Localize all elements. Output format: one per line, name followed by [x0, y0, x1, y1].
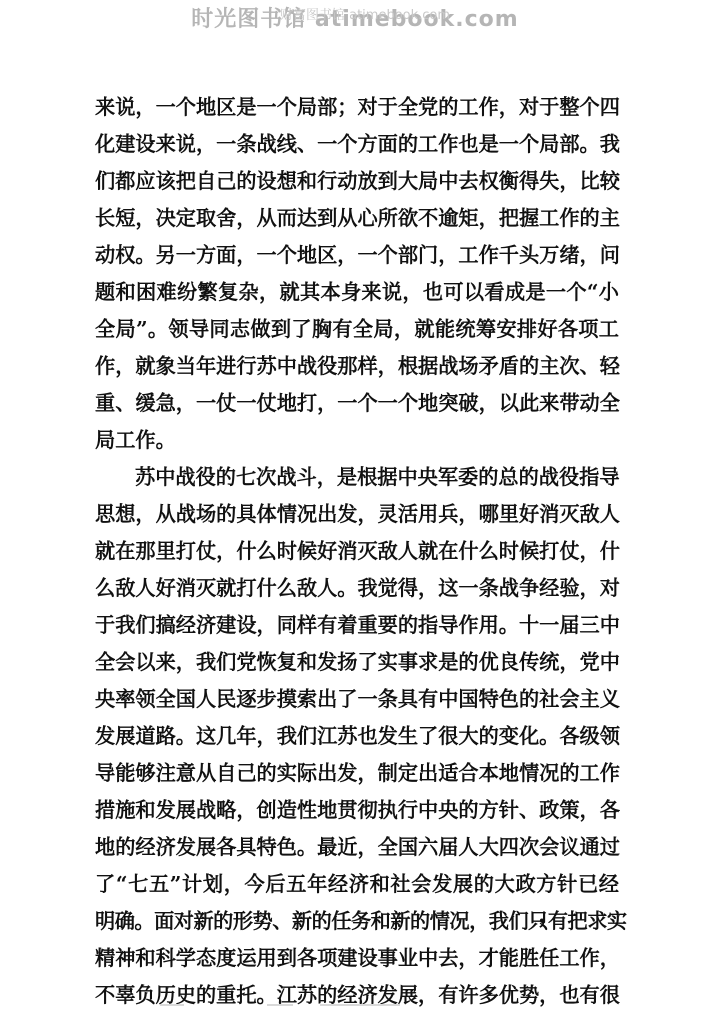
page-body: 来说，一个地区是一个局部；对于全党的工作，对于整个四 化建设来说，一条战线、一个… [95, 89, 619, 1014]
text-line: 发展道路。这几年，我们江苏也发生了很大的变化。各级领 [95, 718, 619, 755]
text-line: 于我们搞经济建设，同样有着重要的指导作用。十一届三中 [95, 607, 619, 644]
paragraph: 苏中战役的七次战斗，是根据中央军委的总的战役指导 思想，从战场的具体情况出发，灵… [95, 459, 619, 1014]
text-line: 思想，从战场的具体情况出发，灵活用兵，哪里好消灭敌人 [95, 496, 619, 533]
text-line: 精神和科学态度运用到各项建设事业中去，才能胜任工作， [95, 940, 619, 977]
text-line: 苏中战役的七次战斗，是根据中央军委的总的战役指导 [95, 459, 619, 496]
page-continuation-mark: ， [538, 893, 564, 930]
watermark-overlay: 财富图书馆 atimebook.com [0, 4, 710, 23]
text-line: 地的经济发展各具特色。最近，全国六届人大四次会议通过 [95, 829, 619, 866]
text-line: 来说，一个地区是一个局部；对于全党的工作，对于整个四 [95, 89, 619, 126]
text-line: 题和困难纷繁复杂，就其本身来说，也可以看成是一个“小 [95, 274, 619, 311]
text-line: 全会以来，我们党恢复和发扬了实事求是的优良传统，党中 [95, 644, 619, 681]
text-line: 措施和发展战略，创造性地贯彻执行中央的方针、政策，各 [95, 792, 619, 829]
scan-artifact [320, 1004, 400, 1006]
text-line: 不辜负历史的重托。江苏的经济发展，有许多优势，也有很 [95, 977, 619, 1014]
text-line: 重、缓急，一仗一仗地打，一个一个地突破，以此来带动全 [95, 385, 619, 422]
paragraph: 来说，一个地区是一个局部；对于全党的工作，对于整个四 化建设来说，一条战线、一个… [95, 89, 619, 459]
text-line: 长短，决定取舍，从而达到从心所欲不逾矩，把握工作的主 [95, 200, 619, 237]
text-line: 作，就象当年进行苏中战役那样，根据战场矛盾的主次、轻 [95, 348, 619, 385]
text-line: 就在那里打仗，什么时候好消灭敌人就在什么时候打仗，什 [95, 533, 619, 570]
text-line: 么敌人好消灭就打什么敌人。我觉得，这一条战争经验，对 [95, 570, 619, 607]
text-line: 们都应该把自己的设想和行动放到大局中去权衡得失，比较 [95, 163, 619, 200]
text-line: 央率领全国人民逐步摸索出了一条具有中国特色的社会主义 [95, 681, 619, 718]
text-line: 动权。另一方面，一个地区，一个部门，工作千头万绪，问 [95, 237, 619, 274]
text-line: 全局”。领导同志做到了胸有全局，就能统筹安排好各项工 [95, 311, 619, 348]
scan-artifact [160, 1004, 184, 1006]
text-line: 局工作。 [95, 422, 619, 459]
text-line: 导能够注意从自己的实际出发，制定出适合本地情况的工作 [95, 755, 619, 792]
scan-artifact [267, 1004, 293, 1006]
text-line: 化建设来说，一条战线、一个方面的工作也是一个局部。我 [95, 126, 619, 163]
